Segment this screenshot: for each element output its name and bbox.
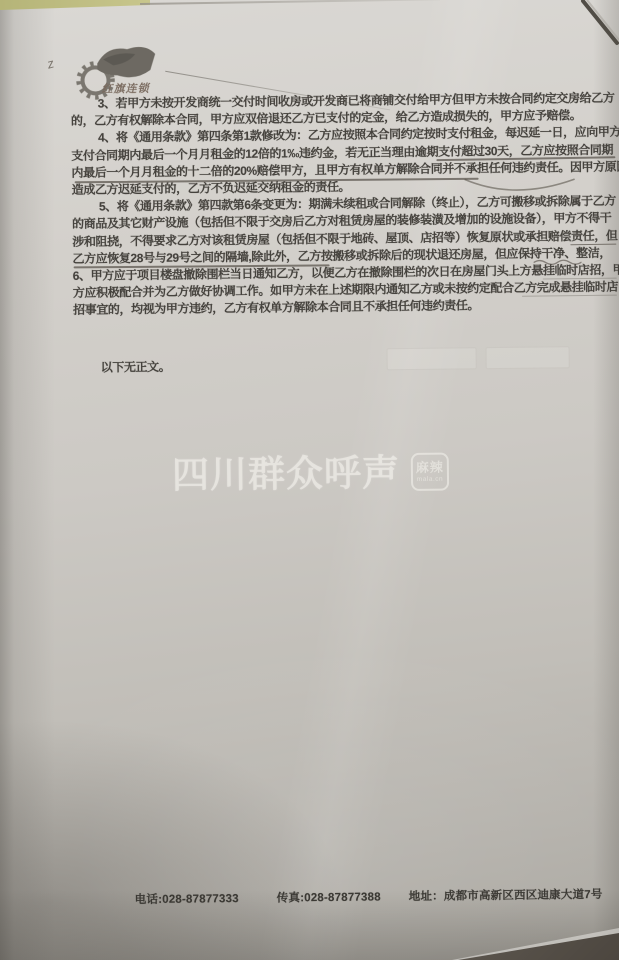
watermark-logo-title: 麻辣: [416, 461, 444, 476]
watermark-logo-subtitle: mala.cn: [417, 475, 443, 482]
pen-wavy-underline: [534, 257, 582, 266]
footer-fax: 传真:028-87877388: [277, 888, 381, 905]
svg-text:红旗连锁: 红旗连锁: [101, 82, 150, 96]
footer-address: 地址：成都市高新区西区迪康大道7号: [409, 886, 603, 904]
bleed-through-mark: [387, 347, 477, 370]
contract-text-block: 3、若甲方未按开发商统一交付时间收房或开发商已将商铺交付给甲方但甲方未按合同约定…: [71, 90, 619, 378]
pen-swoosh: [457, 170, 582, 205]
contract-document-photo: 红旗连锁 z 3、若甲方未按开发商统一交付时间收房或开发商已将商铺交付给甲方但甲…: [0, 0, 619, 960]
watermark-text: 四川群众呼声: [172, 454, 400, 494]
footer-phone: 电话:028-87877333: [135, 890, 239, 907]
watermark-logo-icon: 麻辣 mala.cn: [411, 453, 449, 491]
watermark: 四川群众呼声 麻辣 mala.cn: [172, 453, 449, 494]
page-content: 红旗连锁 z 3、若甲方未按开发商统一交付时间收房或开发商已将商铺交付给甲方但甲…: [0, 0, 619, 960]
handwritten-mark: z: [45, 56, 55, 72]
bleed-through-mark: [486, 346, 570, 369]
